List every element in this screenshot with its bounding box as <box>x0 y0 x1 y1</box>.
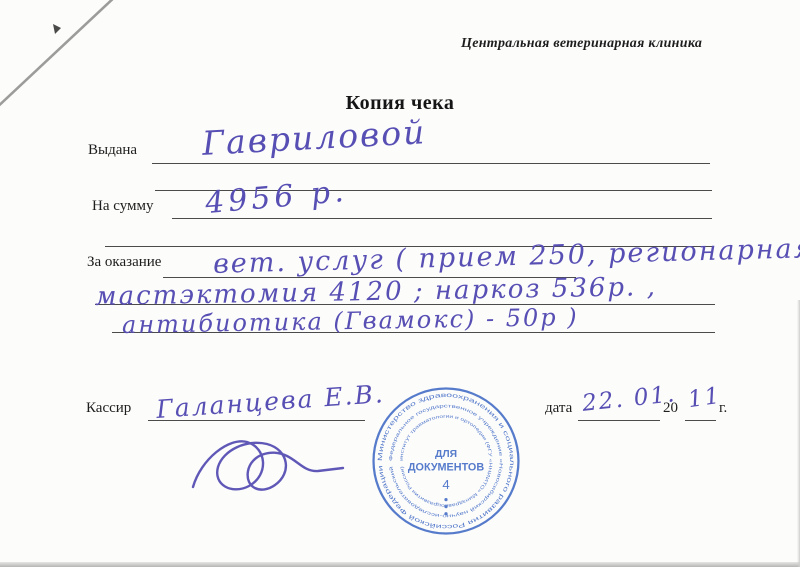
issued-handwriting: Гавриловой <box>201 112 427 163</box>
scanned-receipt-page: Центральная ветеринарная клиника Копия ч… <box>0 0 800 567</box>
clinic-name: Центральная ветеринарная клиника <box>461 36 702 52</box>
scan-edge-bottom <box>0 562 800 567</box>
service-handwriting-line1: вет. услуг ( прием 250, регионарная <box>213 233 800 280</box>
year-line <box>685 420 716 421</box>
service-label: За оказание <box>87 254 161 271</box>
year-handwriting: 11 <box>686 383 723 413</box>
issued-label: Выдана <box>88 142 137 159</box>
cashier-handwriting: Галанцева Е.В. <box>155 379 385 424</box>
cashier-label: Кассир <box>86 400 131 417</box>
cashier-signature <box>185 425 365 505</box>
stamp-center-line2: ДОКУМЕНТОВ <box>408 461 484 473</box>
amount-label: На сумму <box>92 198 154 215</box>
issued-line <box>152 163 710 164</box>
date-line <box>578 420 660 421</box>
date-label: дата <box>545 400 572 417</box>
amount-line <box>172 218 712 219</box>
stamp-dots <box>444 498 447 515</box>
amount-handwriting: 4956 р. <box>204 174 349 221</box>
document-title: Копия чека <box>0 92 800 115</box>
official-stamp: Министерство здравоохранения и социально… <box>366 381 526 541</box>
stamp-center-number: 4 <box>442 477 449 492</box>
stamp-center-line1: ДЛЯ <box>435 449 457 460</box>
